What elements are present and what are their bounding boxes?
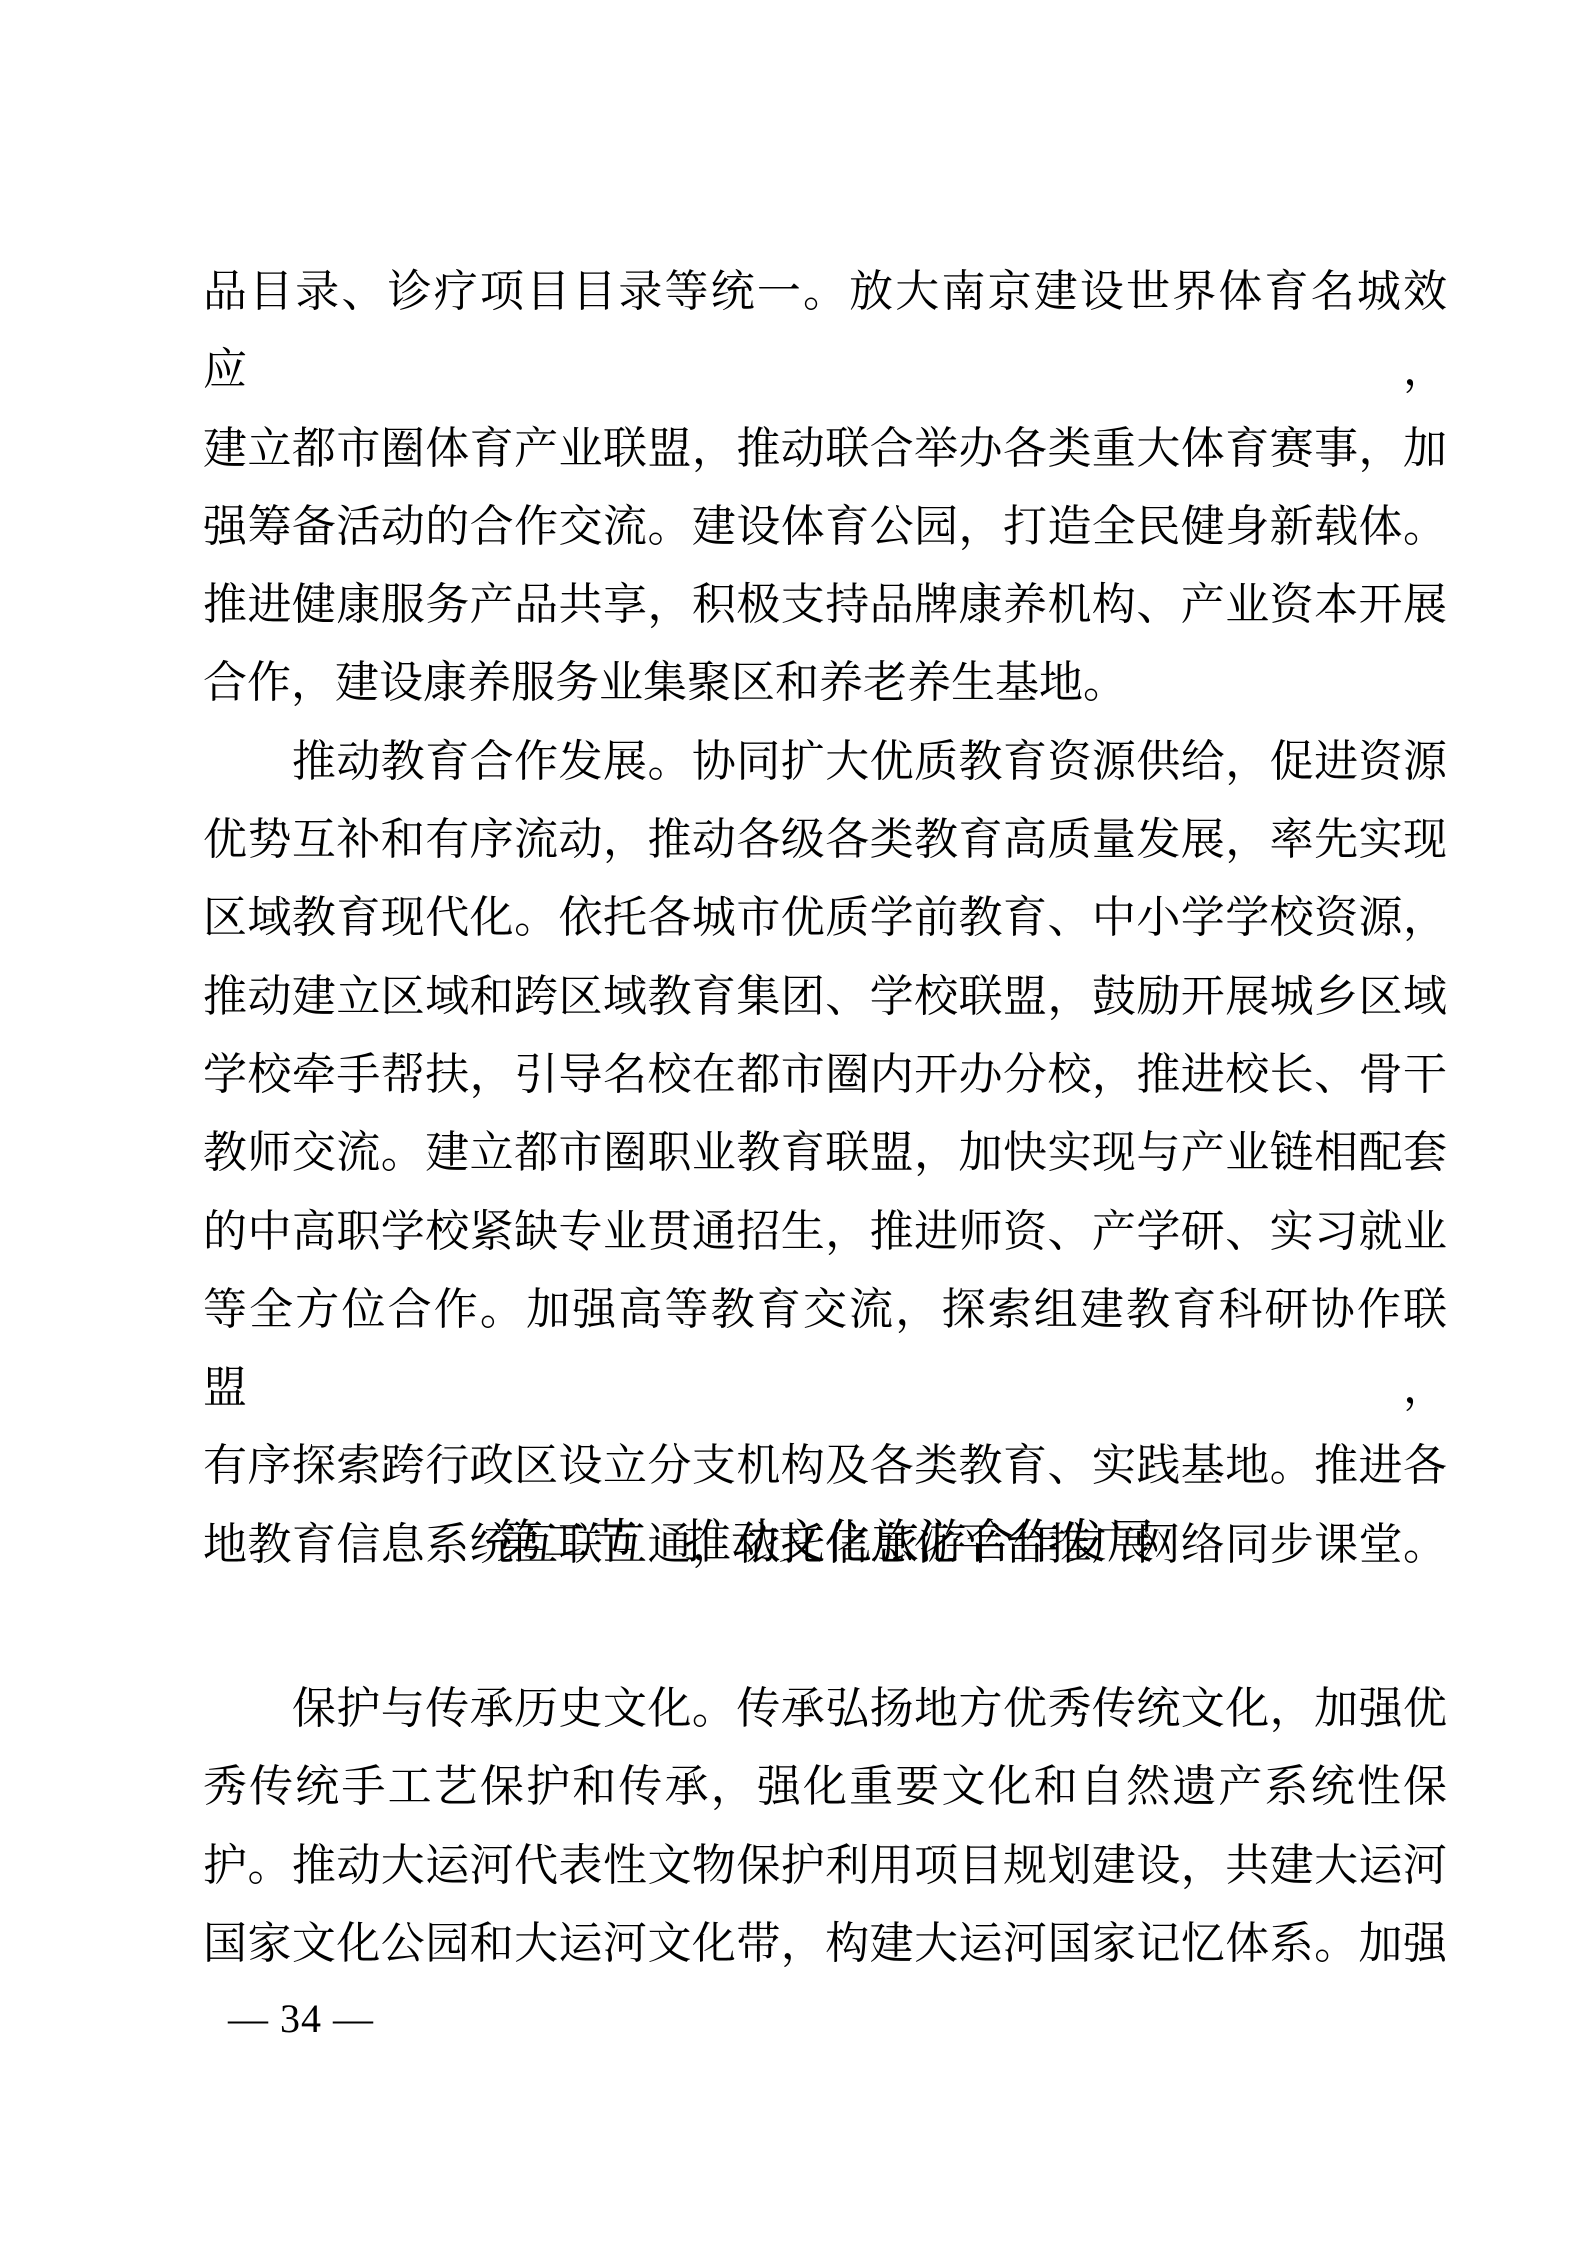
text-line: 推动建立区域和跨区域教育集团、学校联盟，鼓励开展城乡区域 [203,958,1447,1036]
text-line: 推动教育合作发展。协同扩大优质教育资源供给，促进资源 [203,723,1447,801]
text-line: 有序探索跨行政区设立分支机构及各类教育、实践基地。推进各 [203,1427,1447,1505]
page-number: — 34 — [228,1998,374,2040]
text-line: 国家文化公园和大运河文化带，构建大运河国家记忆体系。加强 [203,1905,1447,1983]
text-line: 建立都市圈体育产业联盟，推动联合举办各类重大体育赛事，加 [203,410,1447,488]
text-line: 品目录、诊疗项目目录等统一。放大南京建设世界体育名城效应， [203,253,1447,410]
text-line: 区域教育现代化。依托各城市优质学前教育、中小学学校资源， [203,879,1447,957]
text-line: 学校牵手帮扶，引导名校在都市圈内开办分校，推进校长、骨干 [203,1036,1447,1114]
text-line: 护。推动大运河代表性文物保护利用项目规划建设，共建大运河 [203,1827,1447,1905]
body-text-lower: 保护与传承历史文化。传承弘扬地方优秀传统文化，加强优 秀传统手工艺保护和传承，强… [203,1670,1447,1983]
text-line: 合作，建设康养服务业集聚区和养老养生基地。 [203,644,1447,722]
text-line: 等全方位合作。加强高等教育交流，探索组建教育科研协作联盟， [203,1271,1447,1428]
text-line: 的中高职学校紧缺专业贯通招生，推进师资、产学研、实习就业 [203,1193,1447,1271]
text-line: 教师交流。建立都市圈职业教育联盟，加快实现与产业链相配套 [203,1114,1447,1192]
text-line: 强筹备活动的合作交流。建设体育公园，打造全民健身新载体。 [203,488,1447,566]
text-line: 秀传统手工艺保护和传承，强化重要文化和自然遗产系统性保 [203,1748,1447,1826]
text-line: 推进健康服务产品共享，积极支持品牌康养机构、产业资本开展 [203,566,1447,644]
document-page: 品目录、诊疗项目目录等统一。放大南京建设世界体育名城效应， 建立都市圈体育产业联… [0,0,1587,2245]
text-line: 优势互补和有序流动，推动各级各类教育高质量发展，率先实现 [203,801,1447,879]
text-line: 保护与传承历史文化。传承弘扬地方优秀传统文化，加强优 [203,1670,1447,1748]
section-heading: 第二节 推动文化旅游合作发展 [203,1504,1447,1582]
body-text-upper: 品目录、诊疗项目目录等统一。放大南京建设世界体育名城效应， 建立都市圈体育产业联… [203,253,1447,1584]
